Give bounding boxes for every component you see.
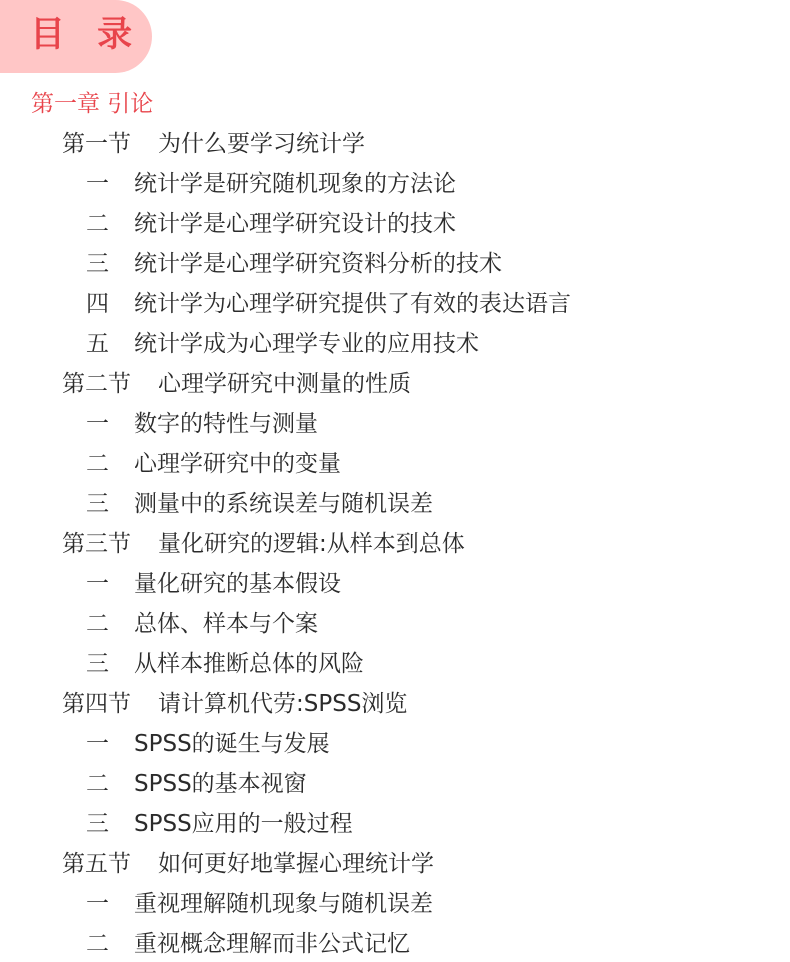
item-number: 三	[86, 488, 109, 520]
toc-section[interactable]: 第五节如何更好地掌握心理统计学	[0, 848, 790, 888]
section-number: 第三节	[62, 528, 131, 560]
item-title: 统计学是心理学研究资料分析的技术	[134, 248, 502, 280]
toc-item[interactable]: 三SPSS应用的一般过程	[0, 808, 790, 848]
item-number: 一	[86, 168, 109, 200]
toc-item[interactable]: 二统计学是心理学研究设计的技术	[0, 208, 790, 248]
section-number: 第五节	[62, 848, 131, 880]
item-number: 一	[86, 888, 109, 920]
item-number: 二	[86, 208, 109, 240]
item-title: 心理学研究中的变量	[134, 448, 341, 480]
item-title: SPSS的基本视窗	[134, 768, 307, 800]
item-number: 五	[86, 328, 109, 360]
item-number: 二	[86, 768, 109, 800]
item-title: 量化研究的基本假设	[134, 568, 341, 600]
item-title: 从样本推断总体的风险	[134, 648, 364, 680]
item-number: 二	[86, 608, 109, 640]
toc-item[interactable]: 四统计学为心理学研究提供了有效的表达语言	[0, 288, 790, 328]
item-title: 重视概念理解而非公式记忆	[134, 928, 410, 960]
item-number: 一	[86, 408, 109, 440]
item-number: 三	[86, 248, 109, 280]
toc-item[interactable]: 一SPSS的诞生与发展	[0, 728, 790, 768]
section-number: 第四节	[62, 688, 131, 720]
toc-item[interactable]: 二SPSS的基本视窗	[0, 768, 790, 808]
item-title: SPSS应用的一般过程	[134, 808, 353, 840]
item-title: 数字的特性与测量	[134, 408, 318, 440]
chapter-heading[interactable]: 第一章 引论	[31, 88, 153, 120]
toc-header-pill: 目 录	[0, 0, 152, 73]
toc-title: 目 录	[30, 11, 142, 59]
toc-item[interactable]: 三从样本推断总体的风险	[0, 648, 790, 688]
toc-list: 第一节为什么要学习统计学 一统计学是研究随机现象的方法论 二统计学是心理学研究设…	[0, 128, 790, 962]
section-title: 如何更好地掌握心理统计学	[158, 848, 434, 880]
section-title: 为什么要学习统计学	[158, 128, 365, 160]
item-title: 统计学为心理学研究提供了有效的表达语言	[134, 288, 571, 320]
toc-item[interactable]: 二心理学研究中的变量	[0, 448, 790, 488]
item-number: 四	[86, 288, 109, 320]
item-title: 重视理解随机现象与随机误差	[134, 888, 433, 920]
item-title: 总体、样本与个案	[134, 608, 318, 640]
item-title: SPSS的诞生与发展	[134, 728, 330, 760]
item-number: 二	[86, 928, 109, 960]
toc-section[interactable]: 第一节为什么要学习统计学	[0, 128, 790, 168]
toc-item[interactable]: 三测量中的系统误差与随机误差	[0, 488, 790, 528]
section-title: 请计算机代劳:SPSS浏览	[158, 688, 407, 720]
item-number: 三	[86, 808, 109, 840]
section-title: 量化研究的逻辑:从样本到总体	[158, 528, 465, 560]
toc-item[interactable]: 一数字的特性与测量	[0, 408, 790, 448]
section-title: 心理学研究中测量的性质	[158, 368, 411, 400]
toc-item[interactable]: 一统计学是研究随机现象的方法论	[0, 168, 790, 208]
item-number: 一	[86, 568, 109, 600]
item-number: 三	[86, 648, 109, 680]
toc-section[interactable]: 第四节请计算机代劳:SPSS浏览	[0, 688, 790, 728]
toc-item[interactable]: 一量化研究的基本假设	[0, 568, 790, 608]
toc-item[interactable]: 五统计学成为心理学专业的应用技术	[0, 328, 790, 368]
toc-item[interactable]: 三统计学是心理学研究资料分析的技术	[0, 248, 790, 288]
section-number: 第二节	[62, 368, 131, 400]
toc-section[interactable]: 第二节心理学研究中测量的性质	[0, 368, 790, 408]
item-number: 一	[86, 728, 109, 760]
item-title: 统计学是研究随机现象的方法论	[134, 168, 456, 200]
toc-item[interactable]: 一重视理解随机现象与随机误差	[0, 888, 790, 928]
item-title: 测量中的系统误差与随机误差	[134, 488, 433, 520]
toc-section[interactable]: 第三节量化研究的逻辑:从样本到总体	[0, 528, 790, 568]
toc-item[interactable]: 二重视概念理解而非公式记忆	[0, 928, 790, 962]
item-title: 统计学成为心理学专业的应用技术	[134, 328, 479, 360]
item-number: 二	[86, 448, 109, 480]
item-title: 统计学是心理学研究设计的技术	[134, 208, 456, 240]
section-number: 第一节	[62, 128, 131, 160]
toc-item[interactable]: 二总体、样本与个案	[0, 608, 790, 648]
